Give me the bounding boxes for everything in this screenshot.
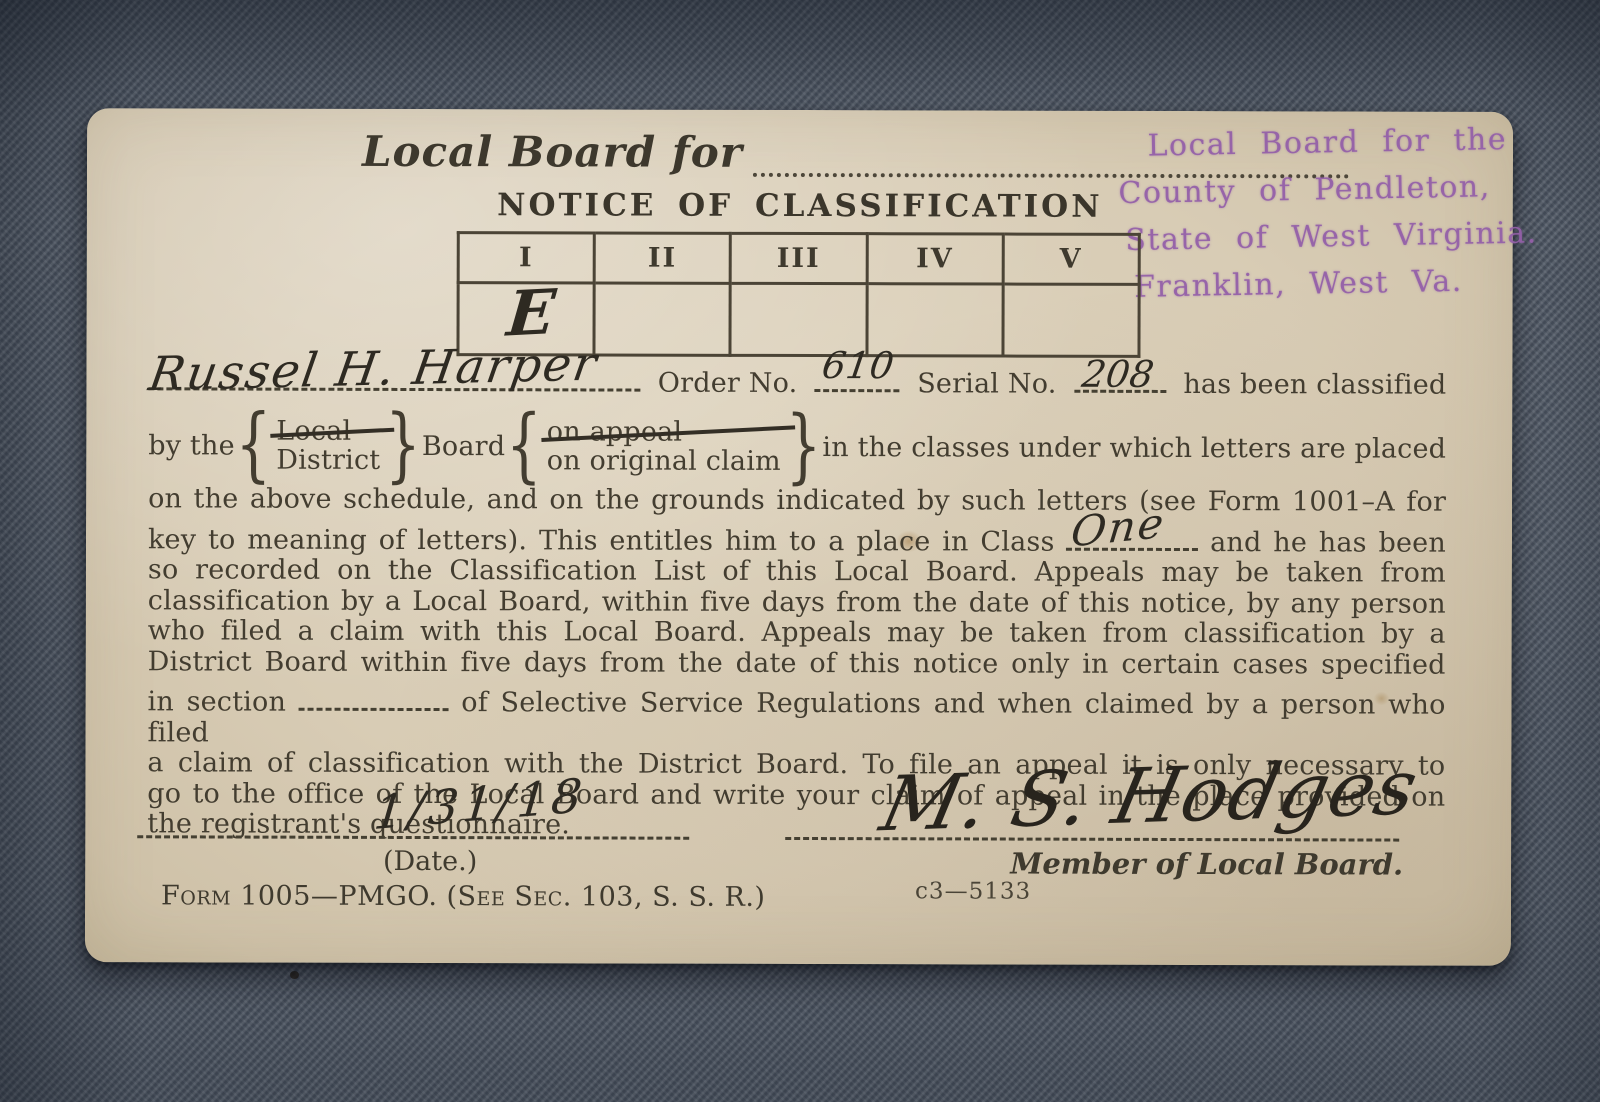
fabric-background: Local Board for NOTICE OF CLASSIFICATION…	[0, 0, 1600, 1102]
choice-district: District	[276, 446, 380, 475]
table-cell-2	[594, 283, 730, 355]
stamp-line: State of West Virginia.	[1125, 210, 1530, 264]
member-of-local-board-label: Member of Local Board.	[965, 846, 1403, 881]
stamp-line: Local Board for the	[1147, 116, 1528, 170]
table-header-row: I II III IV V	[458, 233, 1139, 285]
handwritten-registrant-name: Russel H. Harper	[145, 337, 602, 402]
by-the-text: by the	[148, 430, 235, 461]
serial-no-label: Serial No.	[917, 368, 1056, 399]
serial-no-blank: 208	[1074, 385, 1166, 393]
stamp-line: Franklin, West Va.	[1134, 257, 1531, 311]
column-header-3: III	[731, 233, 867, 283]
notice-of-classification-card: Local Board for NOTICE OF CLASSIFICATION…	[85, 108, 1513, 966]
section-line-pre: in section	[148, 686, 287, 717]
form-number: Form 1005—PMGO. (See Sec. 103, S. S. R.)	[161, 880, 766, 913]
brace-open-icon: {	[236, 405, 272, 486]
order-no-label: Order No.	[658, 368, 798, 399]
classes-text: in the classes under which letters are p…	[822, 432, 1446, 465]
classified-text: has been classified	[1183, 369, 1446, 401]
handwritten-signature: M. S. Hodges	[874, 742, 1427, 848]
column-header-5: V	[1003, 234, 1139, 284]
brace-open-icon: {	[506, 406, 542, 487]
brace-close-icon: }	[786, 406, 822, 487]
brace-close-icon: }	[385, 405, 421, 486]
date-label: (Date.)	[315, 846, 545, 878]
body-line: District Board within five days from the…	[148, 647, 1446, 681]
body-line: who filed a claim with this Local Board.…	[148, 616, 1446, 650]
column-header-2: II	[594, 233, 730, 283]
board-type-choices: Local District	[272, 417, 384, 475]
board-text: Board	[422, 431, 505, 462]
class-assignment-line: key to meaning of letters). This entitle…	[148, 525, 1446, 559]
choice-local-strikethrough: Local	[276, 417, 380, 446]
column-header-4: IV	[867, 234, 1003, 284]
section-reference-line: in section of Selective Service Regulati…	[147, 687, 1445, 751]
claim-type-choices: on appeal on original claim	[543, 417, 785, 476]
local-board-for-label: Local Board for	[362, 127, 743, 177]
choice-on-original-claim: on original claim	[547, 446, 781, 476]
registrant-name-blank: Russel H. Harper	[148, 382, 640, 391]
class-blank: One	[1066, 544, 1198, 550]
handwritten-class-value: One	[1070, 508, 1167, 548]
handwritten-serial-no: 208	[1079, 353, 1156, 396]
order-no-blank: 610	[815, 384, 900, 392]
section-line-post: of Selective Service Regulations and whe…	[147, 687, 1445, 748]
class-line-post: and he has been	[1210, 527, 1446, 559]
table-cell-5	[1003, 284, 1139, 356]
section-number-blank	[299, 705, 449, 711]
purple-rubber-stamp: Local Board for the County of Pendleton,…	[1117, 116, 1530, 311]
printer-code: c3—5133	[915, 878, 1031, 904]
body-line: so recorded on the Classification List o…	[148, 555, 1446, 589]
class-line-pre: key to meaning of letters). This entitle…	[148, 524, 1055, 557]
column-header-1: I	[458, 233, 594, 283]
handwritten-order-no: 610	[820, 344, 897, 387]
fabric-speck	[290, 971, 299, 979]
stamp-line: County of Pendleton,	[1118, 163, 1529, 218]
body-line: classification by a Local Board, within …	[148, 586, 1446, 620]
choice-on-appeal-strikethrough: on appeal	[547, 417, 781, 447]
board-choice-row: by the { Local District } Board { on app…	[148, 414, 1446, 479]
